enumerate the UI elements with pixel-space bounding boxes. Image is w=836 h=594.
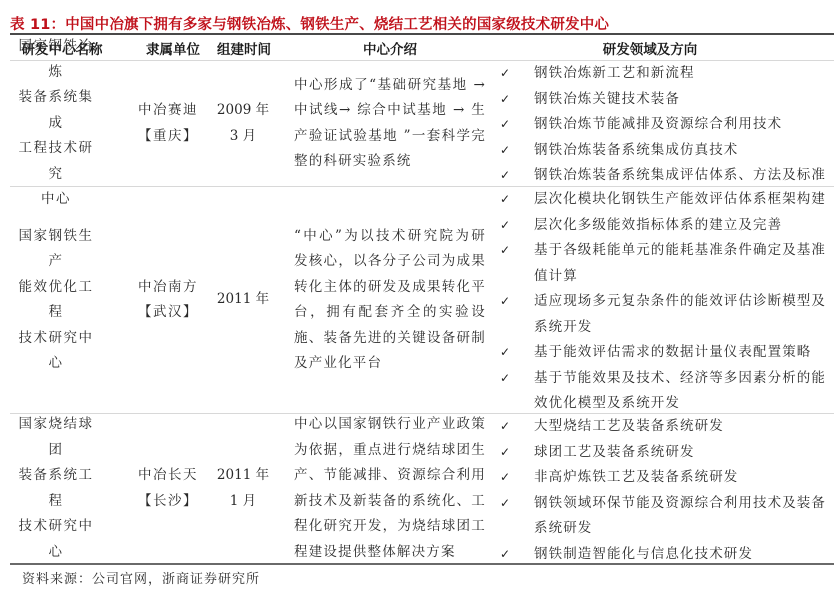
direction-text: 层次化模块化钢铁生产能效评估体系框架构建 (534, 191, 826, 207)
center-name-line: 国家烧结球团 (12, 412, 100, 463)
direction-text: 非高炉炼铁工艺及装备系统研发 (534, 469, 738, 485)
check-icon: ✓ (500, 465, 511, 491)
check-icon: ✓ (500, 213, 511, 239)
center-name-line: 能效优化工程 (12, 275, 100, 326)
check-icon: ✓ (500, 112, 511, 138)
direction-text: 钢铁制造智能化与信息化技术研发 (534, 546, 753, 562)
parent-unit: 中冶赛迪 【重庆】 (124, 61, 212, 186)
header-direction: 研发领域及方向 (570, 38, 730, 58)
direction-text: 钢铁冶炼节能减排及资源综合利用技术 (534, 116, 782, 132)
unit-city: 【重庆】 (124, 124, 212, 150)
check-icon: ✓ (500, 238, 511, 264)
center-name-line: 装备系统工程 (12, 463, 100, 514)
unit-name: 中冶长天 (124, 463, 212, 489)
direction-item: ✓基于各级耗能单元的能耗基准条件确定及基准值计算 (494, 238, 830, 289)
intro-text: “中心”为以技术研究院为研发核心，以各分子公司为成果转化主体的研发及成果转化平台… (294, 224, 486, 377)
header-unit: 隶属单位 (128, 38, 218, 58)
direction-text: 基于各级耗能单元的能耗基准条件确定及基准值计算 (534, 242, 826, 284)
direction-list: ✓大型烧结工艺及装备系统研发 ✓球团工艺及装备系统研发 ✓非高炉炼铁工艺及装备系… (494, 414, 830, 567)
check-icon: ✓ (500, 163, 511, 189)
time-year: 2011 年 (208, 463, 278, 489)
direction-item: ✓钢铁冶炼装备系统集成评估体系、方法及标准 (494, 163, 830, 189)
direction-item: ✓基于节能效果及技术、经济等多因素分析的能效优化模型及系统开发 (494, 366, 830, 417)
unit-city: 【长沙】 (124, 489, 212, 515)
direction-item: ✓钢铁冶炼新工艺和新流程 (494, 61, 830, 87)
check-icon: ✓ (500, 440, 511, 466)
direction-text: 基于节能效果及技术、经济等多因素分析的能效优化模型及系统开发 (534, 370, 826, 412)
check-icon: ✓ (500, 491, 511, 517)
time-month: 1 月 (208, 489, 278, 515)
center-name: 国家烧结球团 装备系统工程 技术研究中心 (12, 414, 100, 563)
established-time: 2009 年 3 月 (208, 61, 278, 186)
time-year: 2009 年 (208, 98, 278, 124)
time-month: 3 月 (208, 124, 278, 150)
established-time: 2011 年 (208, 187, 278, 413)
direction-text: 球团工艺及装备系统研发 (534, 444, 695, 460)
source-note: 资料来源：公司官网，浙商证券研究所 (22, 568, 260, 587)
direction-text: 钢铁冶炼装备系统集成仿真技术 (534, 142, 738, 158)
direction-text: 大型烧结工艺及装备系统研发 (534, 418, 724, 434)
direction-text: 钢铁冶炼新工艺和新流程 (534, 65, 695, 81)
direction-text: 钢铁冶炼关键技术装备 (534, 91, 680, 107)
center-name-line: 国家钢铁生产 (12, 224, 100, 275)
direction-item: ✓基于能效评估需求的数据计量仪表配置策略 (494, 340, 830, 366)
direction-item: ✓钢铁冶炼装备系统集成仿真技术 (494, 138, 830, 164)
direction-item: ✓钢铁冶炼关键技术装备 (494, 87, 830, 113)
unit-name: 中冶赛迪 (124, 98, 212, 124)
check-icon: ✓ (500, 138, 511, 164)
center-name-line: 技术研究中心 (12, 514, 100, 565)
unit-city: 【武汉】 (124, 300, 212, 326)
check-icon: ✓ (500, 414, 511, 440)
check-icon: ✓ (500, 187, 511, 213)
check-icon: ✓ (500, 87, 511, 113)
center-name-line: 技术研究中心 (12, 326, 100, 377)
table-bottom-divider (10, 563, 834, 565)
center-name-line: 国家钢铁冶炼 (12, 34, 100, 85)
direction-item: ✓非高炉炼铁工艺及装备系统研发 (494, 465, 830, 491)
check-icon: ✓ (500, 61, 511, 87)
direction-text: 钢铁冶炼装备系统集成评估体系、方法及标准 (534, 167, 826, 183)
parent-unit: 中冶长天 【长沙】 (124, 414, 212, 563)
direction-text: 基于能效评估需求的数据计量仪表配置策略 (534, 344, 811, 360)
time-year: 2011 年 (208, 287, 278, 313)
intro-text: 中心形成了“基础研究基地 → 中试线→ 综合中试基地 → 生产验证试验基地 ”一… (294, 73, 486, 175)
direction-item: ✓钢铁领域环保节能及资源综合利用技术及装备系统研发 (494, 491, 830, 542)
direction-item: ✓适应现场多元复杂条件的能效评估诊断模型及系统开发 (494, 289, 830, 340)
direction-item: ✓层次化模块化钢铁生产能效评估体系框架构建 (494, 187, 830, 213)
direction-text: 适应现场多元复杂条件的能效评估诊断模型及系统开发 (534, 293, 826, 335)
center-name: 国家钢铁冶炼 装备系统集成 工程技术研究 中心 (12, 61, 100, 186)
direction-text: 层次化多级能效指标体系的建立及完善 (534, 217, 782, 233)
center-name: 国家钢铁生产 能效优化工程 技术研究中心 (12, 187, 100, 413)
center-intro: 中心形成了“基础研究基地 → 中试线→ 综合中试基地 → 生产验证试验基地 ”一… (294, 61, 486, 186)
title-divider (10, 33, 834, 35)
direction-item: ✓钢铁冶炼节能减排及资源综合利用技术 (494, 112, 830, 138)
parent-unit: 中冶南方 【武汉】 (124, 187, 212, 413)
header-time: 组建时间 (206, 38, 282, 58)
direction-item: ✓球团工艺及装备系统研发 (494, 440, 830, 466)
center-intro: 中心以国家钢铁行业产业政策为依据，重点进行烧结球团生产、节能减排、资源综合利用新… (294, 414, 486, 563)
direction-list: ✓层次化模块化钢铁生产能效评估体系框架构建 ✓层次化多级能效指标体系的建立及完善… (494, 187, 830, 417)
check-icon: ✓ (500, 289, 511, 315)
direction-item: ✓层次化多级能效指标体系的建立及完善 (494, 213, 830, 239)
intro-text: 中心以国家钢铁行业产业政策为依据，重点进行烧结球团生产、节能减排、资源综合利用新… (294, 412, 486, 565)
check-icon: ✓ (500, 340, 511, 366)
center-intro: “中心”为以技术研究院为研发核心，以各分子公司为成果转化主体的研发及成果转化平台… (294, 187, 486, 413)
check-icon: ✓ (500, 366, 511, 392)
established-time: 2011 年 1 月 (208, 414, 278, 563)
center-name-line: 装备系统集成 (12, 85, 100, 136)
direction-list: ✓钢铁冶炼新工艺和新流程 ✓钢铁冶炼关键技术装备 ✓钢铁冶炼节能减排及资源综合利… (494, 61, 830, 189)
direction-text: 钢铁领域环保节能及资源综合利用技术及装备系统研发 (534, 495, 826, 537)
direction-item: ✓大型烧结工艺及装备系统研发 (494, 414, 830, 440)
header-intro: 中心介绍 (330, 38, 450, 58)
unit-name: 中冶南方 (124, 275, 212, 301)
center-name-line: 工程技术研究 (12, 136, 100, 187)
table-title: 表 11：中国中冶旗下拥有多家与钢铁冶炼、钢铁生产、烧结工艺相关的国家级技术研发… (10, 13, 830, 34)
